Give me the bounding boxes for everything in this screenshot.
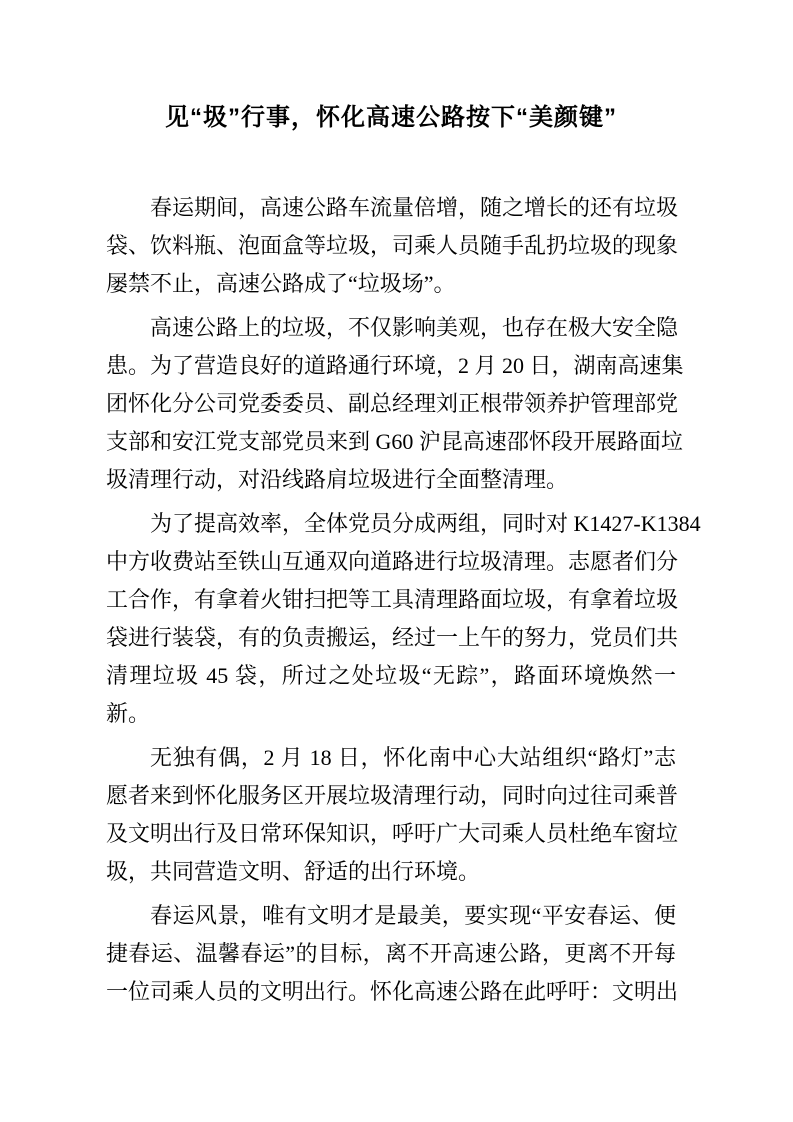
paragraph-3: 为了提高效率，全体党员分成两组，同时对 K1427-K1384 中方收费站至铁山…	[106, 505, 676, 733]
paragraph-4: 无独有偶，2 月 18 日，怀化南中心大站组织“路灯”志 愿者来到怀化服务区开展…	[106, 739, 676, 891]
article: 见“圾”行事，怀化高速公路按下“美颜键” 春运期间，高速公路车流量倍增，随之增长…	[106, 99, 676, 1011]
text-line: 袋、饮料瓶、泡面盒等垃圾，司乘人员随手乱扔垃圾的现象	[106, 227, 676, 265]
text-line: 圾，共同营造文明、舒适的出行环境。	[106, 853, 676, 891]
article-title: 见“圾”行事，怀化高速公路按下“美颜键”	[106, 99, 676, 137]
paragraph-1: 春运期间，高速公路车流量倍增，随之增长的还有垃圾 袋、饮料瓶、泡面盒等垃圾，司乘…	[106, 189, 676, 303]
text-line: 圾清理行动，对沿线路肩垃圾进行全面整清理。	[106, 461, 676, 499]
text-line: 及文明出行及日常环保知识，呼吁广大司乘人员杜绝车窗垃	[106, 815, 676, 853]
text-line: 春运期间，高速公路车流量倍增，随之增长的还有垃圾	[106, 189, 676, 227]
text-line: 袋进行装袋，有的负责搬运，经过一上午的努力，党员们共	[106, 619, 676, 657]
text-line: 高速公路上的垃圾，不仅影响美观，也存在极大安全隐	[106, 309, 676, 347]
text-line: 工合作，有拿着火钳扫把等工具清理路面垃圾，有拿着垃圾	[106, 581, 676, 619]
text-line: 一位司乘人员的文明出行。怀化高速公路在此呼吁：文明出	[106, 973, 676, 1011]
text-line: 为了提高效率，全体党员分成两组，同时对 K1427-K1384	[106, 505, 676, 543]
text-line: 春运风景，唯有文明才是最美，要实现“平安春运、便	[106, 897, 676, 935]
paragraph-2: 高速公路上的垃圾，不仅影响美观，也存在极大安全隐 患。为了营造良好的道路通行环境…	[106, 309, 676, 499]
text-line: 捷春运、温馨春运”的目标，离不开高速公路，更离不开每	[106, 935, 676, 973]
text-line: 愿者来到怀化服务区开展垃圾清理行动，同时向过往司乘普	[106, 777, 676, 815]
document-page: 见“圾”行事，怀化高速公路按下“美颜键” 春运期间，高速公路车流量倍增，随之增长…	[0, 0, 793, 1122]
text-line: 无独有偶，2 月 18 日，怀化南中心大站组织“路灯”志	[106, 739, 676, 777]
text-line: 新。	[106, 695, 676, 733]
text-line: 中方收费站至铁山互通双向道路进行垃圾清理。志愿者们分	[106, 543, 676, 581]
text-line: 屡禁不止，高速公路成了“垃圾场”。	[106, 265, 676, 303]
text-line: 患。为了营造良好的道路通行环境，2 月 20 日，湖南高速集	[106, 347, 676, 385]
text-line: 团怀化分公司党委委员、副总经理刘正根带领养护管理部党	[106, 385, 676, 423]
text-line: 支部和安江党支部党员来到 G60 沪昆高速邵怀段开展路面垃	[106, 423, 676, 461]
text-line: 清理垃圾 45 袋，所过之处垃圾“无踪”，路面环境焕然一	[106, 657, 676, 695]
paragraph-5: 春运风景，唯有文明才是最美，要实现“平安春运、便 捷春运、温馨春运”的目标，离不…	[106, 897, 676, 1011]
